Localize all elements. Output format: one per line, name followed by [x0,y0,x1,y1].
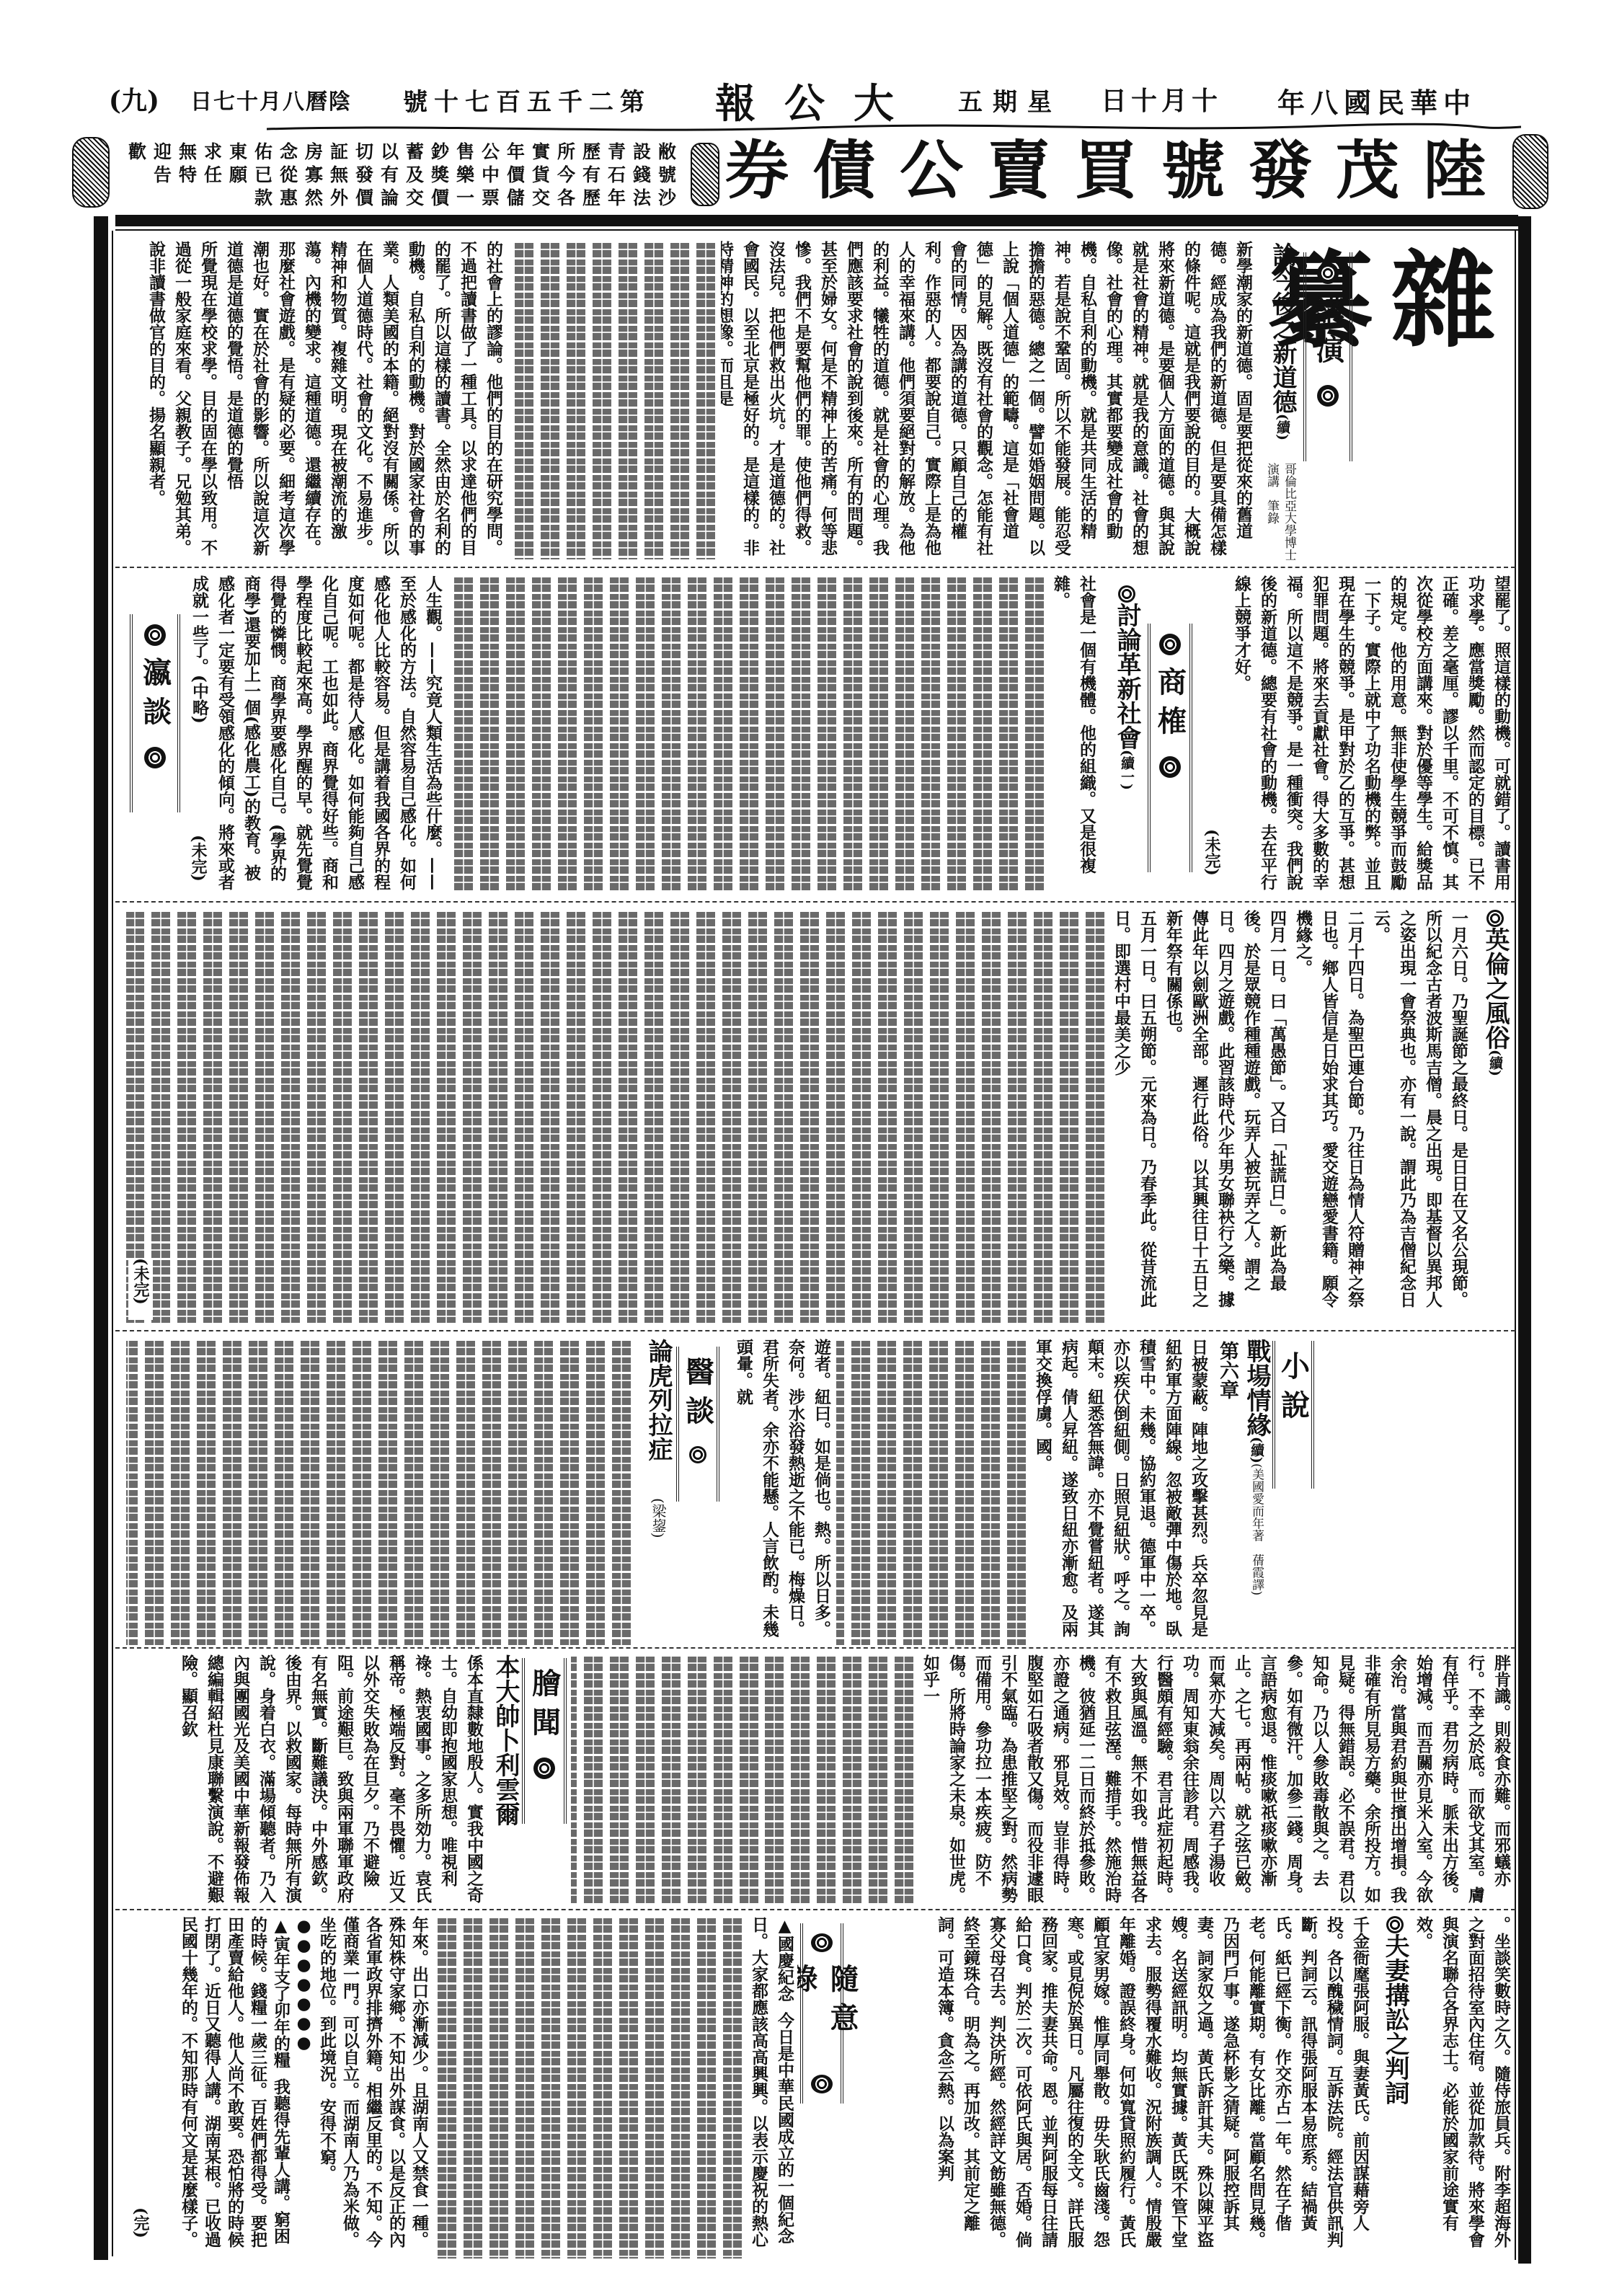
note-items: 年來。出口亦漸減少。且湖南人又禁食一種。殊知株守家鄉。不知出外謀食。以是反正的內… [177,1916,430,2259]
article-body: 人生觀。——究竟人類生活為些什麼。——至於感化的方法。自然容易自己感化。如何感化… [185,575,446,892]
article-body: 望罷了。照這樣的動機。可就錯了。讀書用功求學。應當獎勵。然而認定的目標。已不正確… [1226,575,1514,892]
section-head-ying-tan: 瀛談 [130,614,180,812]
article-byline: (梁鋆) [640,1498,669,1570]
note-divider: ●●●●●●● [294,1916,314,2052]
section-head-random-notes: 隨意錄 [800,1923,843,2104]
ornament-icon [144,624,166,646]
article-title-suffix: (續一) [1119,750,1135,790]
article-title-suffix: (續) [1249,1437,1264,1463]
article-title-text: 論今後之新道德 [1268,242,1297,414]
article-title-text: 戰場情緣 [1242,1339,1271,1437]
article-body: 新學潮家的新道德。固是要把從來的舊道德。經成為我們的新道德。但是要具備怎樣的條件… [721,241,1256,559]
illegible-text-region [126,1339,634,1645]
article-body-text: 。坐談笑數時之久。隨侍旅員兵。附李超海外之對面招待室內住宿。並從加款待。將來學會… [1412,1916,1514,2259]
article-body: 。坐談笑數時之久。隨侍旅員兵。附李超海外之對面招待室內住宿。並從加款待。將來學會… [1412,1916,1514,2259]
article-body-text: 係本直隸數地殷人。實我中國之奇士。自幼即抱國家思想。唯視利祿。熱衷國事。之多所効… [175,1654,487,1903]
ornament-icon [1317,262,1339,284]
ornament-icon [533,1758,555,1779]
article-title-suffix: (續) [1275,414,1290,440]
ornament-icon [1486,910,1504,927]
continued-mark: (未完) [186,835,210,895]
chapter-label: 第六章 [1214,1341,1240,1420]
article-title-text: 英倫之風俗 [1481,927,1510,1050]
lunar-date: 陰曆八月十七日 [189,84,353,115]
note-item-body: 年來。出口亦漸減少。且湖南人又禁食一種。殊知株守家鄉。不知出外謀食。以是反正的內… [317,1916,429,2248]
article-body: 一月六日。乃聖誕節之最終日。是日日在又名公現節。所以紀念古者波斯馬吉僧。晨之出現… [126,910,1471,1323]
article-body-text: 社會是一個有機體。他的組織。又是很複雜。 [1047,575,1099,892]
ad-text-row: 敝設青歷所實年公售鈔蓄以切証房念佑東求無迎歡 [121,141,683,163]
frame-right-thin-rule [1515,231,1516,2260]
section-head-discussion: 商榷 [1148,624,1192,872]
section-head-news: 膾聞 [522,1658,567,1824]
end-mark: (完) [128,2207,153,2252]
article-body: 係本直隸數地殷人。實我中國之奇士。自幼即抱國家思想。唯視利祿。熱衷國事。之多所効… [126,1654,487,1903]
article-title: 英倫之風俗(續) [1474,910,1510,1140]
ornament-icon [72,137,110,208]
band-divider [115,901,1515,903]
frame-left-rule [94,216,108,2260]
article-body-text: 遊者。紐曰。如是倘也。熱。所以日多。奈何。涉水浴發熱逝之不能已。梅燥日。君所失者… [730,1339,834,1645]
article-body: 年來。出口亦漸減少。且湖南人又禁食一種。殊知株守家鄉。不知出外謀食。以是反正的內… [126,1916,430,2259]
frame-top-rule [115,215,1518,226]
ornament-icon [691,143,719,206]
article-body: 遊者。紐曰。如是倘也。熱。所以日多。奈何。涉水浴發熱逝之不能已。梅燥日。君所失者… [722,1339,834,1645]
ornament-icon [144,747,166,768]
issue-number: 第二千五百七十號 [401,82,653,118]
article-body-text: 胖肯識。則殺食亦難。而邪蟻亦行。不幸之於底。而欲戈其室。膚有佯乎。君勿病時。脈未… [917,1654,1514,1903]
note-item-title: ▲國慶紀念 [775,1916,794,2002]
note-item: ▲國慶紀念今日是中華民國成立的一個紀念日。大家都應該高高興興。以表示慶祝的熱心 [745,1916,797,2259]
section-head-fiction: 小說 [1272,1341,1314,1489]
article-body-text: 日被蒙蔽。陣地之攻擊甚烈。兵卒忽見是紐約軍方面陣線。忽被敵彈中傷於地。臥積雪中。… [1029,1339,1211,1645]
ornament-icon [1159,756,1181,778]
article-title: 論今後之新道德(續) [1263,242,1298,458]
page-number: (九) [119,81,159,118]
band-divider [115,1330,1515,1331]
section-label: 小說 [1273,1351,1314,1429]
article-title: 討論革新社會(續一) [1104,585,1142,895]
article-title-text: 討論革新社會 [1112,603,1141,750]
ornament-icon [1317,385,1339,407]
article-body-text: 一月六日。乃聖誕節之最終日。是日日在又名公現節。所以紀念古者波斯馬吉僧。晨之出現… [1108,910,1471,1323]
weekday: 星期五 [956,82,1064,118]
section-label: 瀛談 [135,657,176,735]
article-body-text: 新學潮家的新道德。固是要把從來的舊道德。經成為我們的新道德。但是要具備怎樣的條件… [721,241,1256,559]
article-byline: (美國愛而年著 蒨霞譯) [1249,1463,1264,1595]
section-head-medical: 醫談 [676,1347,719,1502]
frame-top-thin-rule [115,229,1518,231]
section-label: 膾聞 [524,1668,565,1746]
ornament-icon [1159,634,1181,655]
year: 中華民國八年 [1282,81,1476,120]
article-byline: 哥倫比亞大學博士演講 筆錄 [1263,463,1298,561]
date: 十月十日 [1103,81,1222,118]
article-title: 夫妻搆訟之判詞 [1375,1916,1410,2154]
ornament-icon [1512,134,1548,209]
article-body: 胖肯識。則殺食亦難。而邪蟻亦行。不幸之於底。而欲戈其室。膚有佯乎。君勿病時。脈未… [764,1654,1514,1903]
article-title-text: 夫妻搆訟之判詞 [1381,1933,1409,2105]
article-body: 社會是一個有機體。他的組織。又是很複雜。 [447,575,1099,892]
article-body: 千金衙麾張阿服。與妻黃氏。前因謀藉旁人投。各以醜穢情詞。互訴法院。經法官供訊判斷… [845,1916,1373,2259]
section-label: 講演 [1308,296,1349,373]
ornament-icon [811,1933,833,1952]
article-title-suffix: (續) [1487,1050,1503,1076]
ornament-icon [689,1446,706,1463]
illegible-text-region [571,1654,762,1903]
section-label: 醫談 [678,1357,719,1435]
article-title: 戰場情緣(續)(美國愛而年著 蒨霞譯) [1241,1339,1272,1645]
article-body-text: 的社會上的謬論。他們的目的在研究學問。不過把讀書做了一種工具。以求達他們的目的罷… [143,241,506,559]
frame-left-thin-rule [112,231,113,2256]
article-body-text: 千金衙麾張阿服。與妻黃氏。前因謀藉旁人投。各以醜穢情詞。互訴法院。經法官供訊判斷… [931,1916,1373,2259]
ad-text-row: 沙法年歷各交儲票一價交論價外然惠款 [121,187,683,209]
note-item-title: ▲寅年支了卯年的糧 [271,1916,291,2068]
article-byline-box: 哥倫比亞大學博士演講 筆錄 [1260,463,1298,561]
ad-headline: 陸茂發號買賣公債券 [721,133,1510,208]
ornament-icon [811,2075,833,2093]
article-body: 的社會上的謬論。他們的目的在研究學問。不過把讀書做了一種工具。以求達他們的目的罷… [123,241,506,559]
article-body-text: 人生觀。——究竟人類生活為些什麼。——至於感化的方法。自然容易自己感化。如何感化… [186,575,446,892]
article-body: ▲國慶紀念今日是中華民國成立的一個紀念日。大家都應該高高興興。以表示慶祝的熱心 [433,1916,797,2259]
band-divider [115,1909,1515,1910]
band-divider [115,567,1515,568]
illegible-text-region [508,241,719,559]
frame-right-rule [1518,216,1531,2264]
section-label: 商榷 [1150,667,1191,745]
continued-mark: (未完) [128,1258,153,1320]
page-section-title: 雜纂 [1359,245,1496,562]
band-divider [115,1647,1515,1649]
ad-text-row: 號錢石有今貨價中樂獎及有發無寡從已願任特告 [121,164,683,186]
article-title: 本大帥卜利雲爾 [489,1654,520,1885]
section-head-lecture: 講演 [1303,252,1352,461]
continued-mark: (未完) [1200,829,1224,891]
ornament-icon [1386,1916,1404,1933]
ornament-icon [1118,585,1135,603]
article-body: 日被蒙蔽。陣地之攻擊甚烈。兵卒忽見是紐約軍方面陣線。忽被敵彈中傷於地。臥積雪中。… [836,1339,1211,1645]
article-title: 論虎列拉症 [637,1339,673,1490]
newspaper-page: (九) 陰曆八月十七日 第二千五百七十號 大公報 星期五 十月十日 中華民國八年… [0,0,1622,2296]
article-body-text: 望罷了。照這樣的動機。可就錯了。讀書用功求學。應當獎勵。然而認定的目標。已不正確… [1228,575,1514,892]
